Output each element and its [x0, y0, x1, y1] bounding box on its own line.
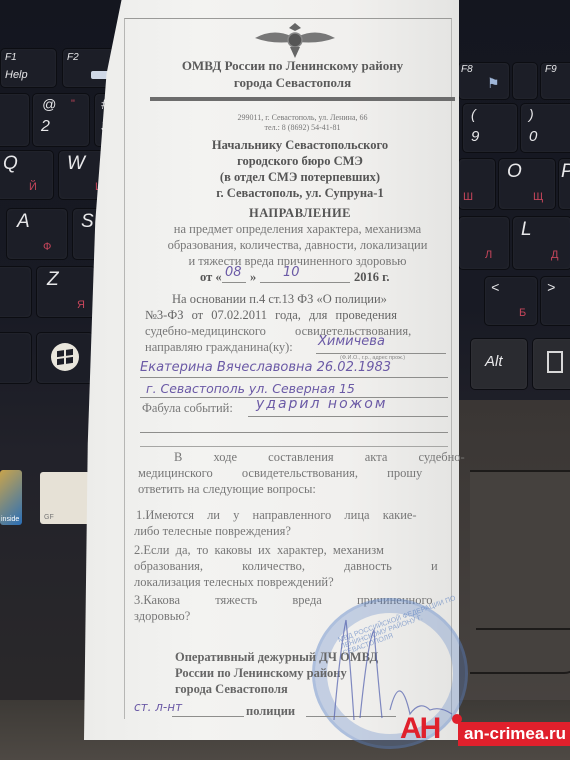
request-line1: В ходе составления акта судебно- — [140, 450, 450, 465]
org-name-line1: ОМВД России по Ленинскому району — [140, 58, 445, 74]
basis-line1: На основании п.4 ст.13 ФЗ «О полиции» — [150, 292, 448, 307]
trackpad-button-divider — [476, 628, 570, 630]
laptop-sticker: GF — [40, 472, 90, 524]
question-1-line2: либо телесные повреждения? — [134, 524, 291, 539]
date-year: 2016 г. — [354, 270, 390, 285]
patient-surname-field[interactable]: Химичева — [318, 334, 385, 349]
question-2-line1: 2.Если да, то каковы их характер, механи… — [134, 543, 450, 558]
key-menu — [532, 338, 570, 390]
watermark: АН an-crimea.ru — [400, 708, 570, 752]
watermark-logo: АН — [400, 712, 439, 746]
key-z: Z Я — [36, 266, 96, 318]
police-label: полиции — [246, 704, 295, 719]
addressee-line3: (в отдел СМЭ потерпевших) — [150, 170, 450, 185]
key-windows — [36, 332, 94, 384]
key-l: L Д — [512, 216, 570, 270]
signatory-line3: города Севастополя — [175, 682, 288, 697]
date-month-field[interactable]: 10 — [283, 265, 300, 280]
request-line3: ответить на следующие вопросы: — [138, 482, 316, 497]
org-phone: тел.: 8 (8692) 54-41-81 — [150, 123, 455, 132]
request-line2: медицинского освидетельствования, прошу — [138, 466, 450, 481]
context-menu-icon — [547, 351, 563, 373]
document-title: НАПРАВЛЕНИЕ — [150, 206, 450, 221]
intel-sticker: inside — [0, 470, 22, 525]
key-o: O Щ — [498, 158, 556, 210]
patient-name-dob-field[interactable]: Екатерина Вячеславовна 26.02.1983 — [140, 360, 391, 375]
fabula-field[interactable]: ударил ножом — [256, 396, 387, 412]
key-alt-right: Alt — [470, 338, 528, 390]
question-2-line3: локализация телесных повреждений? — [134, 575, 334, 590]
key-shift-left — [0, 266, 32, 318]
subtitle-line2: образования, количества, давности, локал… — [140, 238, 455, 253]
fabula-label: Фабула событий: — [142, 401, 233, 416]
key-0: ) 0 — [520, 103, 570, 153]
question-1-line1: 1.Имеются ли у направленного лица какие- — [136, 508, 450, 523]
key-1 — [0, 93, 30, 147]
header-divider — [150, 97, 455, 101]
key-p: P — [558, 158, 570, 210]
addressee-line2: городского бюро СМЭ — [150, 154, 450, 169]
key-k: Л — [458, 216, 510, 270]
windows-logo-icon — [51, 343, 79, 371]
key-2: @ " 2 — [32, 93, 90, 147]
patient-address-field[interactable]: г. Севастополь ул. Северная 15 — [146, 381, 355, 396]
key-period: > — [540, 276, 570, 326]
trackpad — [470, 470, 570, 674]
subtitle-line1: на предмет определения характера, механи… — [140, 222, 455, 237]
basis-line3: судебно-медицинского освидетельствования… — [145, 324, 450, 339]
date-day-field[interactable]: 08 — [225, 265, 242, 280]
mvd-emblem-icon — [253, 22, 337, 60]
key-f8: F8 ⚑ — [458, 62, 510, 100]
basis-line2: №3-ФЗ от 07.02.2011 года, для проведения — [145, 308, 450, 323]
running-man-icon: ⚑ — [487, 75, 500, 92]
question-3-line2: здоровью? — [134, 609, 190, 624]
addressee-line1: Начальнику Севастопольского — [150, 138, 450, 153]
key-fn — [0, 332, 32, 384]
question-2-line2: образования, количество, давность и — [134, 559, 450, 574]
org-address: 299011, г. Севастополь, ул. Ленина, 66 — [150, 113, 455, 122]
key-a: A Ф — [6, 208, 68, 260]
key-f8b — [512, 62, 538, 100]
rank-field[interactable]: ст. л-нт — [134, 700, 182, 714]
key-q: Q Й — [0, 150, 54, 200]
addressee-line4: г. Севастополь, ул. Супруна-1 — [150, 186, 450, 201]
key-9: ( 9 — [462, 103, 518, 153]
direct-label: направляю гражданина(ку): — [145, 340, 293, 355]
org-name-line2: города Севастополя — [140, 75, 445, 91]
key-f1: F1 Help — [0, 48, 57, 88]
key-i: Ш — [458, 158, 496, 210]
key-comma: < Б — [484, 276, 538, 326]
watermark-site: an-crimea.ru — [458, 722, 570, 746]
key-f9: F9 — [540, 62, 570, 100]
